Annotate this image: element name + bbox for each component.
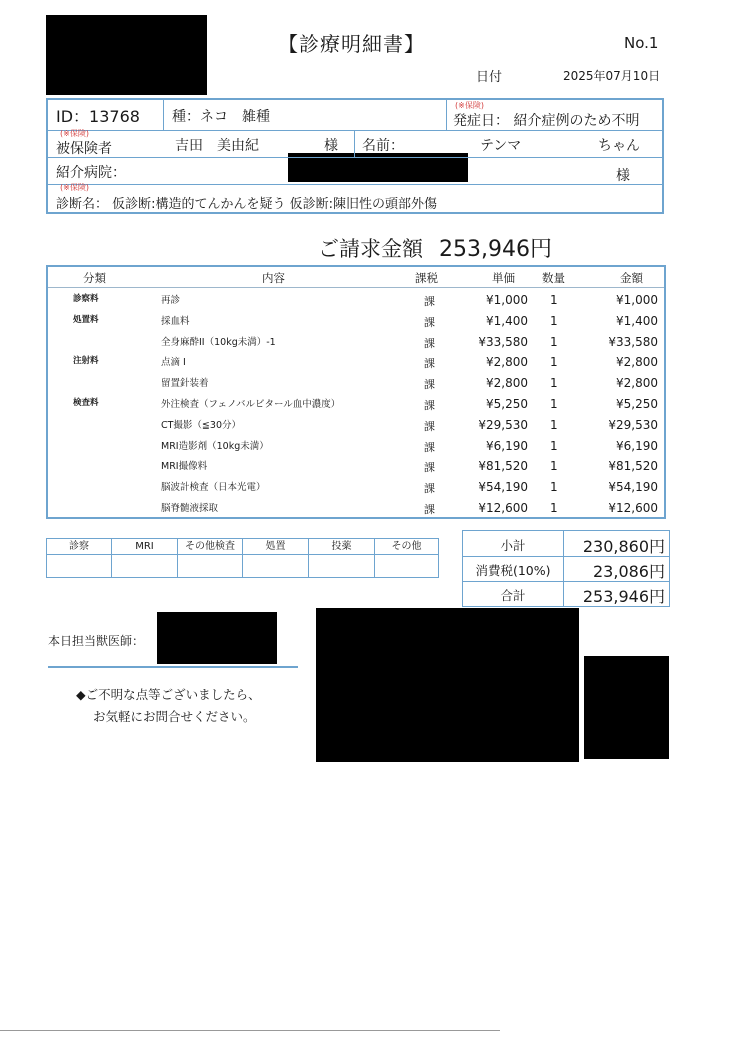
quantity-cell: 1	[550, 439, 558, 453]
table-row: 処置料採血料課¥1,4001¥1,400	[48, 310, 664, 331]
diagnosis: 診断名： 仮診断:構造的てんかんを疑う 仮診断:陳旧性の頭部外傷	[56, 193, 437, 212]
table-row: 診察料再診課¥1,0001¥1,000	[48, 289, 664, 310]
amount-cell: ¥5,250	[616, 397, 658, 411]
content-cell: 脳波計検査（日本光電）	[161, 479, 266, 493]
category-cell: 検査料	[73, 396, 99, 408]
tax-cell: 課	[424, 376, 435, 392]
quantity-cell: 1	[550, 418, 558, 432]
unit-price-cell: ¥6,190	[486, 439, 528, 453]
subtotal-label: 小計	[463, 536, 563, 554]
content-cell: 再診	[161, 292, 180, 306]
referral-honorific: 様	[616, 165, 630, 185]
grid-header-mri: MRI	[112, 539, 178, 555]
pet-name-label: 名前：	[362, 135, 404, 155]
amount-cell: ¥29,530	[608, 418, 658, 432]
amount-cell: ¥81,520	[608, 459, 658, 473]
table-row: MRI造影剤（10kg未満）課¥6,1901¥6,190	[48, 435, 664, 456]
tax-cell: 課	[424, 355, 435, 371]
total-label: 合計	[463, 586, 563, 604]
grid-header-treatment: 処置	[243, 539, 309, 555]
grid-header-exam: 診察	[47, 539, 112, 555]
info-row-diagnosis: (※保険) 診断名： 仮診断:構造的てんかんを疑う 仮診断:陳旧性の頭部外傷	[48, 184, 662, 214]
info-row-referral: 紹介病院： 様	[48, 157, 662, 185]
category-cell: 処置料	[73, 313, 99, 325]
col-category: 分類	[83, 270, 106, 286]
col-tax: 課税	[415, 270, 438, 286]
tax-cell: 課	[424, 439, 435, 455]
content-cell: MRI撮像料	[161, 458, 207, 472]
unit-price-cell: ¥1,000	[486, 293, 528, 307]
billing-label: ご請求金額	[318, 237, 423, 261]
amount-cell: ¥6,190	[616, 439, 658, 453]
table-row: 注射料点滴 I課¥2,8001¥2,800	[48, 351, 664, 372]
amount-cell: ¥2,800	[616, 355, 658, 369]
table-row: 留置針装着課¥2,8001¥2,800	[48, 372, 664, 393]
quantity-cell: 1	[550, 501, 558, 515]
tax-label: 消費税(10%)	[463, 561, 563, 579]
quantity-cell: 1	[550, 480, 558, 494]
redacted-vet-name	[157, 612, 277, 664]
content-cell: 留置針装着	[161, 375, 209, 389]
content-cell: 外注検査（フェノバルビタール血中濃度）	[161, 396, 340, 410]
category-cell: 注射料	[73, 354, 99, 366]
tax-cell: 課	[424, 501, 435, 517]
quantity-cell: 1	[550, 355, 558, 369]
table-row: CT撮影（≦30分）課¥29,5301¥29,530	[48, 414, 664, 435]
unit-price-cell: ¥2,800	[486, 376, 528, 390]
info-row-owner: (※保険) 被保険者 吉田 美由紀 様 名前： テンマ ちゃん	[48, 130, 662, 158]
redacted-logo	[46, 15, 207, 95]
page-edge-line	[0, 1030, 500, 1031]
diagnosis-insurance-note: (※保険)	[60, 182, 89, 193]
total-row: 合計 253,946円	[463, 581, 669, 606]
patient-info-box: ID：13768 種：ネコ 雑種 (※保険) 発症日： 紹介症例のため不明 (※…	[46, 98, 664, 214]
tax-cell: 課	[424, 459, 435, 475]
quantity-cell: 1	[550, 314, 558, 328]
subtotal-row: 小計 230,860円	[463, 531, 669, 557]
table-header: 分類 内容 課税 単価 数量 金額	[48, 267, 664, 288]
owner-name: 吉田 美由紀	[175, 135, 259, 155]
redacted-clinic-info	[316, 608, 579, 762]
table-row: 脳波計検査（日本光電）課¥54,1901¥54,190	[48, 476, 664, 497]
tax-cell: 課	[424, 293, 435, 309]
tax-cell: 課	[424, 335, 435, 351]
contact-notice: ◆ご不明な点等ございましたら、 お気軽にお問合せください。	[76, 684, 261, 728]
content-cell: 点滴 I	[161, 354, 186, 368]
tax-row: 消費税(10%) 23,086円	[463, 556, 669, 582]
unit-price-cell: ¥2,800	[486, 355, 528, 369]
grid-value-treatment	[243, 555, 309, 577]
totals-summary: 小計 230,860円 消費税(10%) 23,086円 合計 253,946円	[462, 530, 670, 607]
attending-vet-label: 本日担当獣医師：	[48, 632, 144, 649]
grid-value-other-tests	[178, 555, 243, 577]
grid-header-other-tests: その他検査	[178, 539, 243, 555]
itemized-table: 分類 内容 課税 単価 数量 金額 診察料再診課¥1,0001¥1,000処置料…	[46, 265, 666, 519]
table-row: 検査料外注検査（フェノバルビタール血中濃度）課¥5,2501¥5,250	[48, 393, 664, 414]
species: 種：ネコ 雑種	[172, 106, 270, 126]
grid-value-other	[375, 555, 438, 577]
unit-price-cell: ¥5,250	[486, 397, 528, 411]
content-cell: 採血料	[161, 313, 190, 327]
unit-price-cell: ¥29,530	[478, 418, 528, 432]
grid-value-mri	[112, 555, 178, 577]
amount-cell: ¥12,600	[608, 501, 658, 515]
quantity-cell: 1	[550, 376, 558, 390]
quantity-cell: 1	[550, 459, 558, 473]
category-summary-grid: 診察 MRI その他検査 処置 投薬 その他	[46, 538, 439, 578]
unit-price-cell: ¥81,520	[478, 459, 528, 473]
tax-cell: 課	[424, 418, 435, 434]
insured-label: 被保険者	[56, 138, 112, 158]
grid-value-exam	[47, 555, 112, 577]
table-row: 全身麻酔II（10kg未満）-1課¥33,5801¥33,580	[48, 331, 664, 352]
unit-price-cell: ¥1,400	[486, 314, 528, 328]
unit-price-cell: ¥54,190	[478, 480, 528, 494]
billing-amount: ご請求金額253,946円	[318, 232, 552, 263]
notice-line-2: お気軽にお問合せください。	[76, 706, 261, 728]
tax-cell: 課	[424, 314, 435, 330]
redacted-stamp	[584, 656, 669, 759]
pet-name: テンマ	[480, 135, 521, 155]
amount-cell: ¥2,800	[616, 376, 658, 390]
subtotal-value: 230,860円	[583, 534, 665, 557]
amount-cell: ¥1,000	[616, 293, 658, 307]
tax-cell: 課	[424, 480, 435, 496]
owner-honorific: 様	[324, 135, 338, 155]
grid-header-other: その他	[375, 539, 438, 555]
unit-price-cell: ¥33,580	[478, 335, 528, 349]
document-title: 【診療明細書】	[278, 28, 425, 57]
amount-cell: ¥1,400	[616, 314, 658, 328]
content-cell: CT撮影（≦30分）	[161, 417, 241, 431]
table-row: 脳脊髄液採取課¥12,6001¥12,600	[48, 497, 664, 518]
content-cell: MRI造影剤（10kg未満）	[161, 438, 269, 452]
pet-honorific: ちゃん	[598, 135, 640, 155]
onset-date: 発症日： 紹介症例のため不明	[453, 110, 639, 130]
date-label: 日付	[476, 66, 502, 85]
billing-value: 253,946円	[439, 237, 552, 262]
grid-value-medication	[309, 555, 375, 577]
quantity-cell: 1	[550, 397, 558, 411]
content-cell: 全身麻酔II（10kg未満）-1	[161, 334, 276, 348]
col-content: 内容	[262, 270, 285, 286]
notice-line-1: ◆ご不明な点等ございましたら、	[76, 684, 261, 706]
grid-header-medication: 投薬	[309, 539, 375, 555]
amount-cell: ¥33,580	[608, 335, 658, 349]
quantity-cell: 1	[550, 335, 558, 349]
category-cell: 診察料	[73, 292, 99, 304]
document-number: No.1	[624, 34, 658, 52]
content-cell: 脳脊髄液採取	[161, 500, 218, 514]
patient-id: ID：13768	[56, 104, 140, 127]
col-unit-price: 単価	[492, 270, 515, 286]
unit-price-cell: ¥12,600	[478, 501, 528, 515]
divider	[48, 666, 298, 668]
table-row: MRI撮像料課¥81,5201¥81,520	[48, 455, 664, 476]
amount-cell: ¥54,190	[608, 480, 658, 494]
date-value: 2025年07月10日	[563, 67, 660, 84]
tax-cell: 課	[424, 397, 435, 413]
referral-hospital-label: 紹介病院：	[56, 162, 126, 182]
quantity-cell: 1	[550, 293, 558, 307]
col-quantity: 数量	[542, 270, 565, 286]
info-row-id: ID：13768 種：ネコ 雑種 (※保険) 発症日： 紹介症例のため不明	[48, 100, 662, 131]
total-value: 253,946円	[583, 584, 665, 607]
col-amount: 金額	[620, 270, 643, 286]
tax-value: 23,086円	[593, 559, 665, 582]
